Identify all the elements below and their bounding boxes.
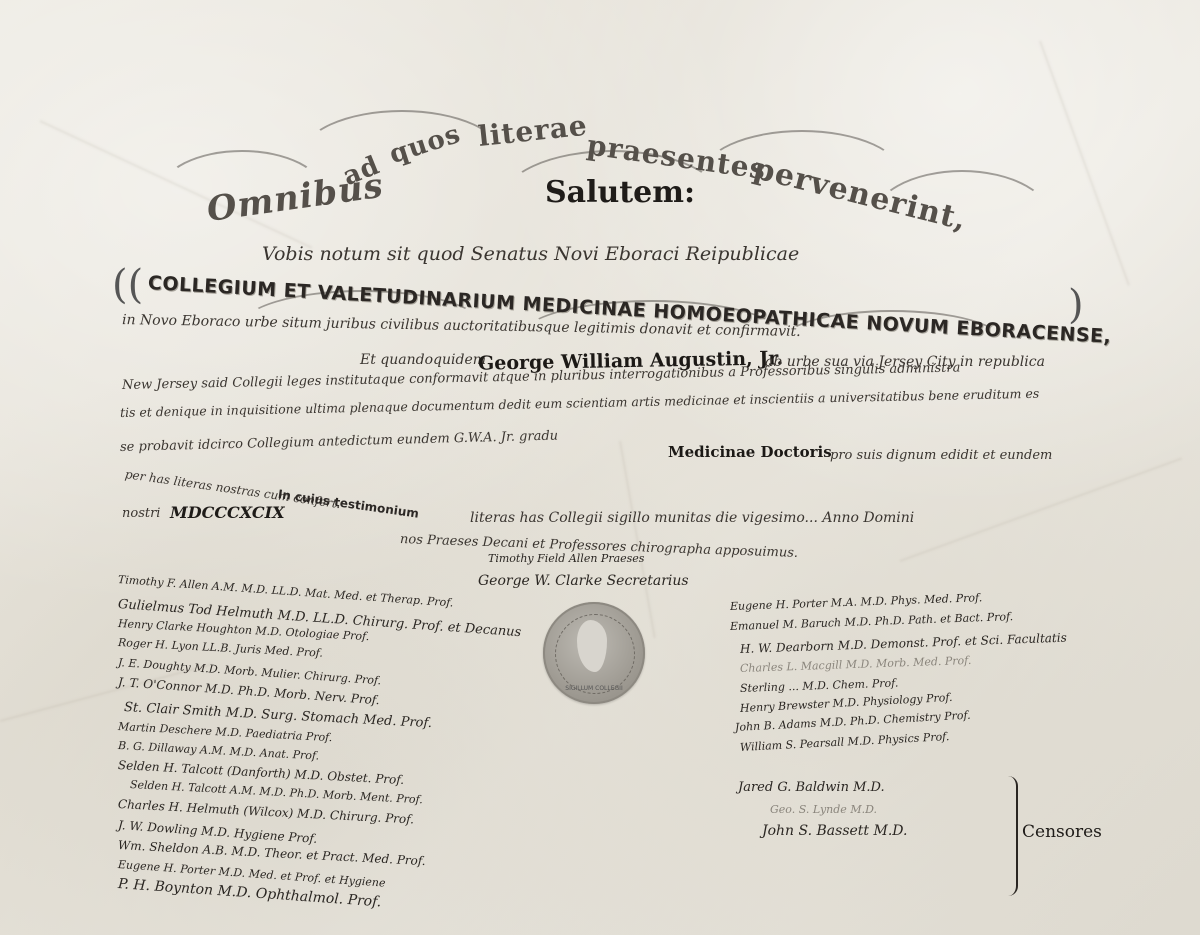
degree-title: Medicinae Doctoris: [668, 443, 832, 461]
censores-label: Censores: [1022, 822, 1102, 842]
body-line: Et quandoquidem: [360, 352, 486, 368]
brace-icon: [1006, 776, 1018, 896]
salutem-heading: Salutem:: [545, 175, 695, 210]
seal-inscription: SIGILLUM COLLEGII: [543, 685, 645, 692]
diploma-year: MDCCCXCIX: [170, 503, 285, 522]
signature-praeses: Timothy Field Allen Praeses: [488, 552, 644, 565]
body-line: Vobis notum sit quod Senatus Novi Eborac…: [262, 243, 799, 265]
censor-signature: John S. Bassett M.D.: [762, 823, 907, 839]
header-word: pervenerint,: [750, 151, 971, 238]
year-prefix: nostri: [122, 506, 160, 521]
censor-signature: Jared G. Baldwin M.D.: [738, 780, 885, 795]
body-line: pro suis dignum edidit et eundem: [830, 448, 1052, 463]
censor-signature: Geo. S. Lynde M.D.: [770, 803, 877, 816]
header-word: quos: [386, 119, 465, 170]
paren-right: ): [1068, 282, 1084, 328]
college-seal: SIGILLUM COLLEGII: [543, 602, 645, 704]
body-line: literas has Collegii sigillo munitas die…: [470, 510, 914, 526]
signature-secretarius: George W. Clarke Secretarius: [478, 573, 689, 589]
paren-left: ((: [112, 262, 143, 308]
